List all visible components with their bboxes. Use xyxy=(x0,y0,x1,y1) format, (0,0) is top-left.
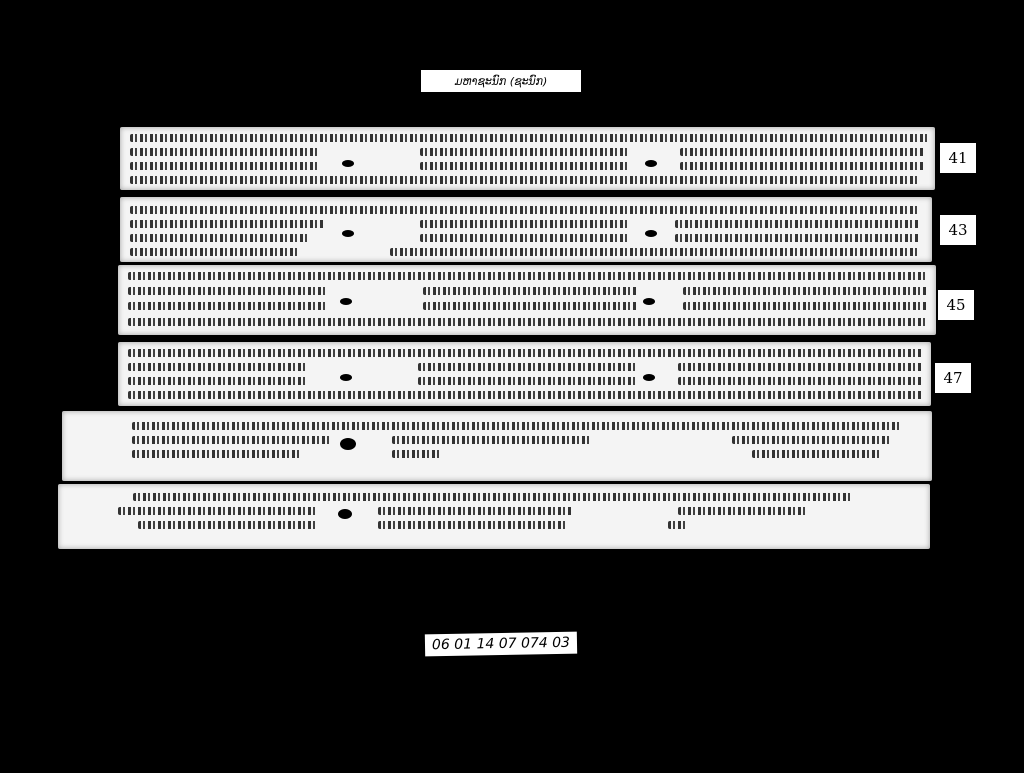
string-hole xyxy=(338,509,352,519)
string-hole xyxy=(340,374,352,381)
palm-leaf-4 xyxy=(118,342,931,406)
string-hole xyxy=(340,438,356,450)
string-hole xyxy=(342,160,354,167)
page-number-45: 45 xyxy=(938,290,974,320)
string-hole xyxy=(643,374,655,381)
palm-leaf-3 xyxy=(118,265,936,335)
string-hole xyxy=(342,230,354,237)
archive-identifier-label: 06 01 14 07 074 03 xyxy=(425,632,577,657)
palm-leaf-6 xyxy=(58,484,930,549)
page-number-43: 43 xyxy=(940,215,976,245)
palm-leaf-5 xyxy=(62,411,932,481)
palm-leaf-2 xyxy=(120,197,932,262)
page-number-41: 41 xyxy=(940,143,976,173)
palm-leaf-1 xyxy=(120,127,935,190)
string-hole xyxy=(645,160,657,167)
page-number-47: 47 xyxy=(935,363,971,393)
string-hole xyxy=(643,298,655,305)
manuscript-title-label: ມຫາຊະນົກ (ຊະນົກ) xyxy=(421,70,581,92)
string-hole xyxy=(340,298,352,305)
string-hole xyxy=(645,230,657,237)
